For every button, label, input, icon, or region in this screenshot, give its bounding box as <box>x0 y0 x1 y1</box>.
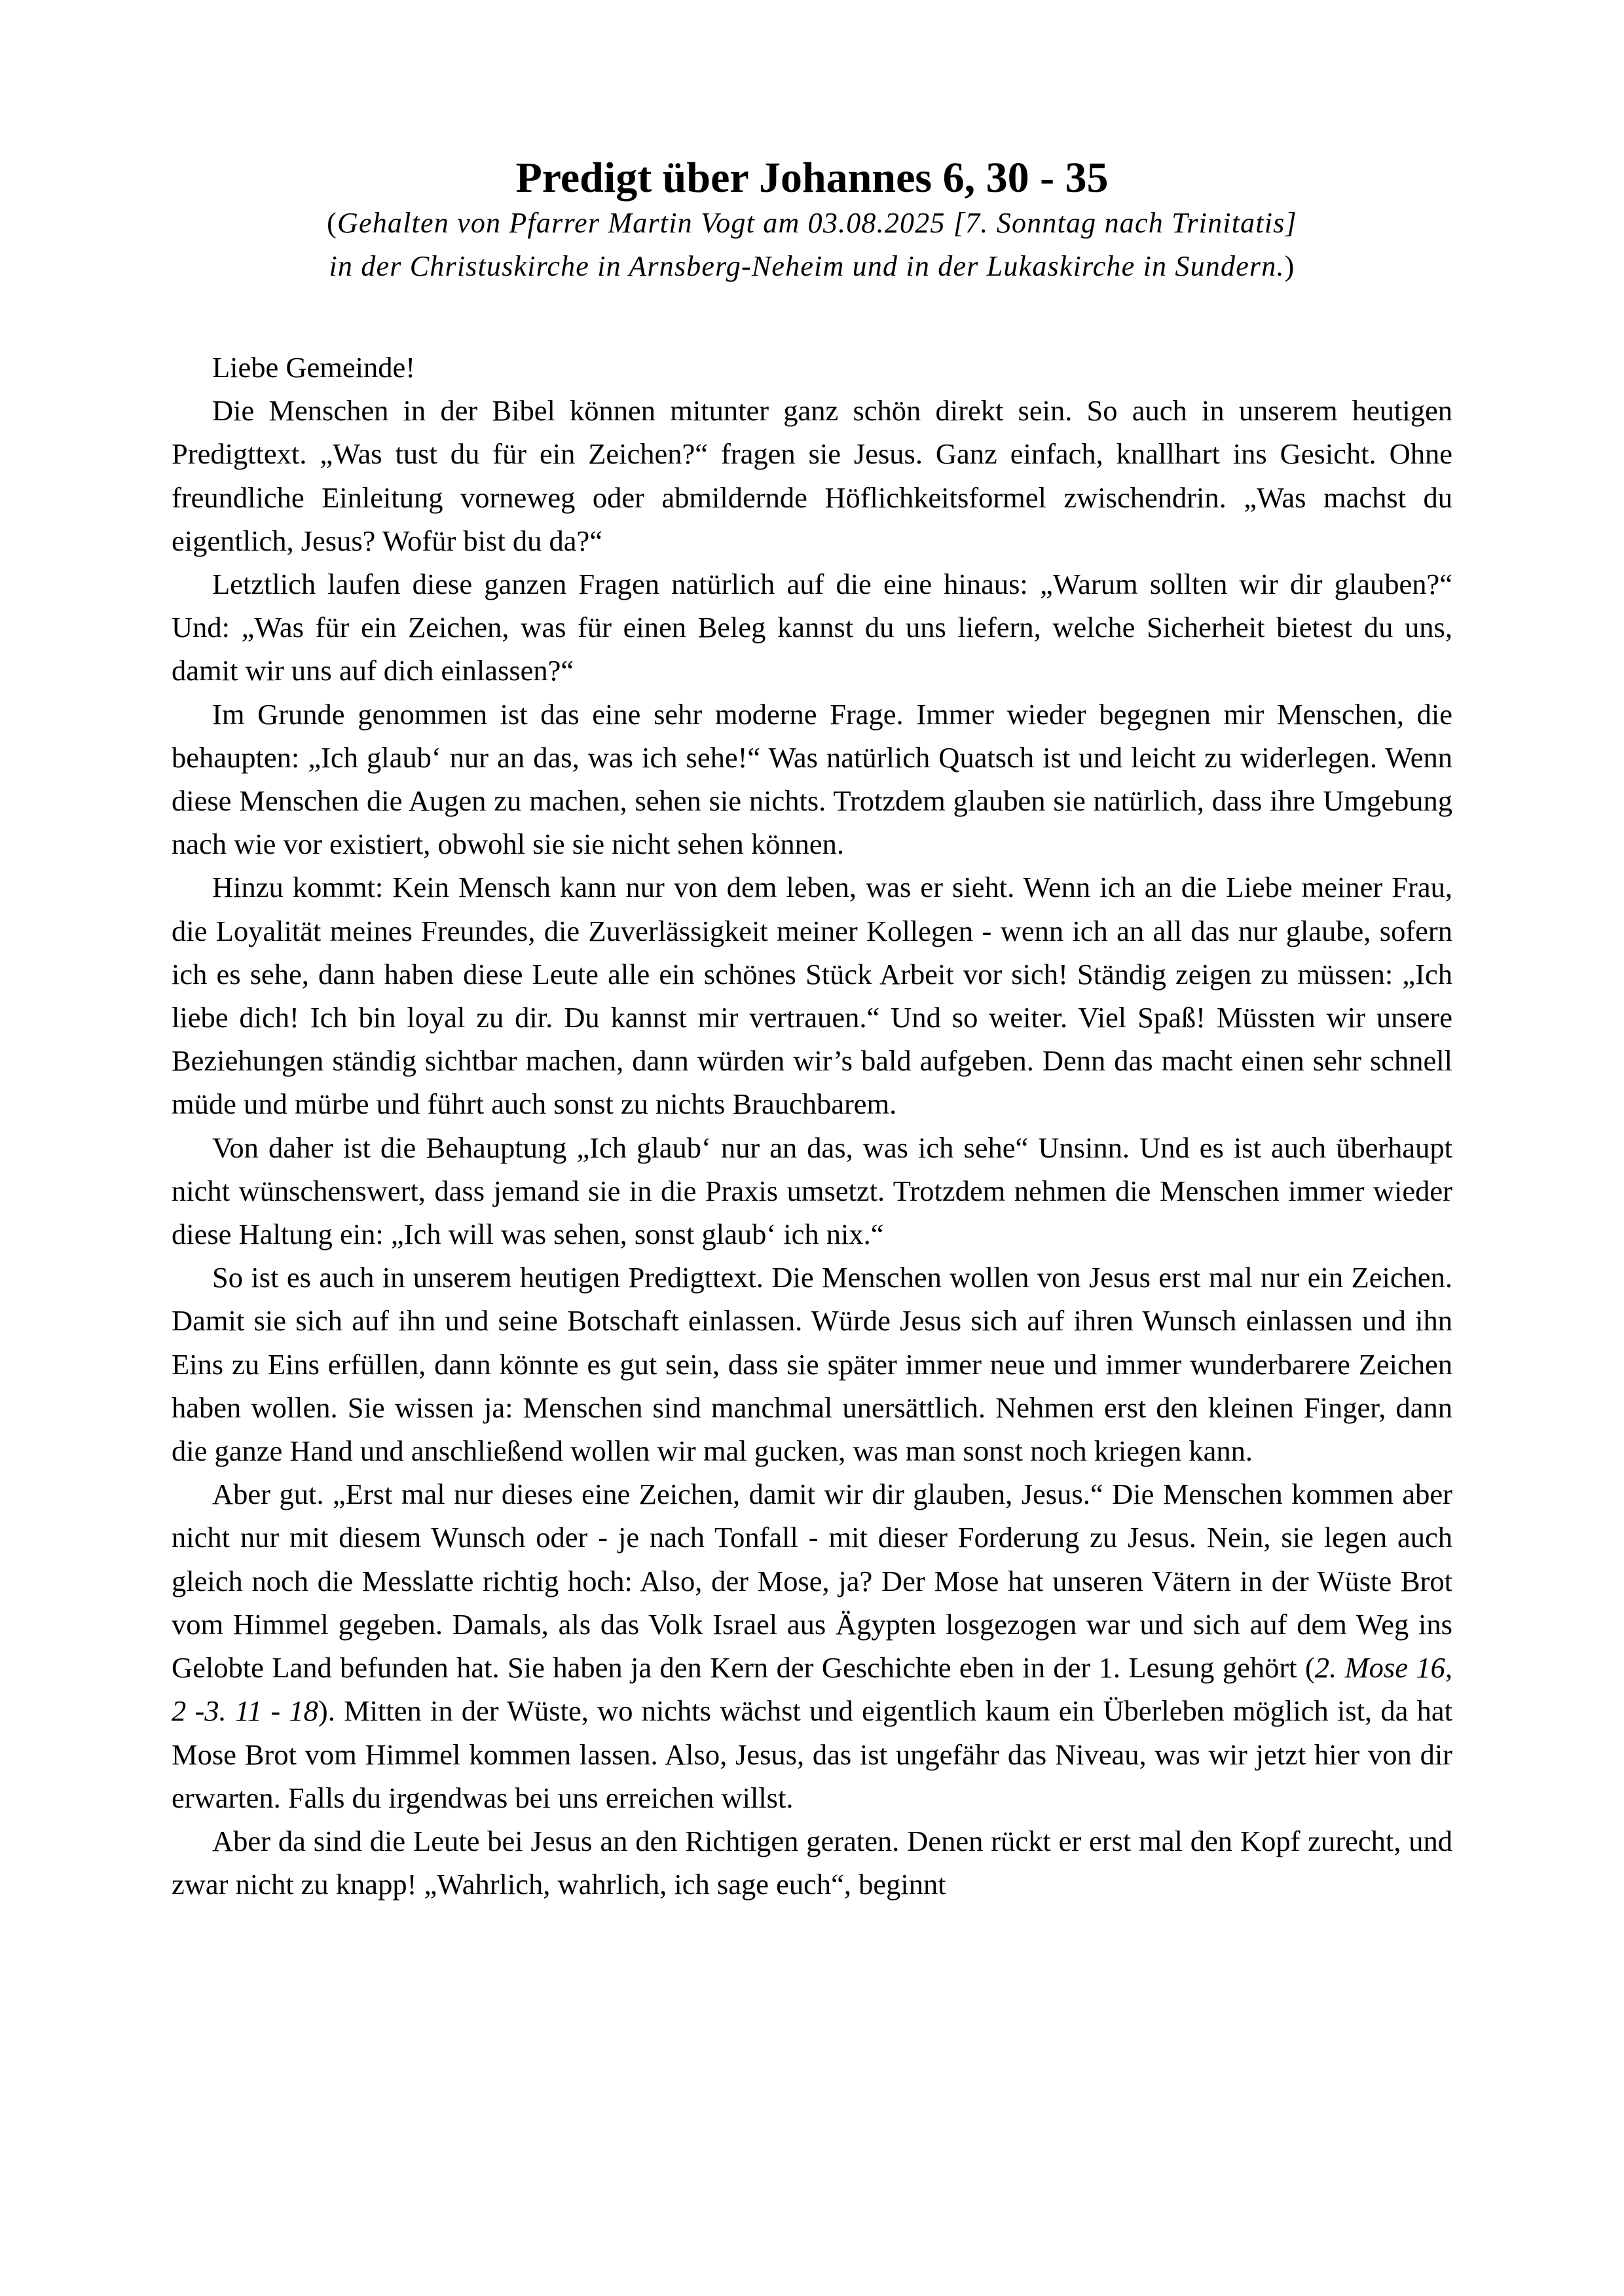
sermon-subtitle: (Gehalten von Pfarrer Martin Vogt am 03.… <box>172 202 1452 288</box>
paragraph: Im Grunde genommen ist das eine sehr mod… <box>172 693 1452 866</box>
paragraph: Letztlich laufen diese ganzen Fragen nat… <box>172 562 1452 693</box>
paragraph: Aber gut. „Erst mal nur dieses eine Zeic… <box>172 1472 1452 1819</box>
paragraph: Die Menschen in der Bibel können mitunte… <box>172 389 1452 562</box>
subtitle-line-1-text: Gehalten von Pfarrer Martin Vogt am 03.0… <box>337 207 1297 239</box>
paragraph-text-after: ). Mitten in der Wüste, wo nichts wächst… <box>172 1694 1452 1813</box>
sermon-title: Predigt über Johannes 6, 30 - 35 <box>172 152 1452 204</box>
subtitle-line-2-text: in der Christuskirche in Arnsberg-Neheim… <box>329 250 1284 282</box>
close-paren: ) <box>1285 250 1295 282</box>
subtitle-line-2: in der Christuskirche in Arnsberg-Neheim… <box>172 245 1452 288</box>
open-paren: ( <box>327 207 337 239</box>
paragraph: Hinzu kommt: Kein Mensch kann nur von de… <box>172 866 1452 1125</box>
subtitle-line-1: (Gehalten von Pfarrer Martin Vogt am 03.… <box>172 202 1452 245</box>
paragraph: So ist es auch in unserem heutigen Predi… <box>172 1256 1452 1472</box>
paragraph: Aber da sind die Leute bei Jesus an den … <box>172 1819 1452 1906</box>
sermon-body: Liebe Gemeinde! Die Menschen in der Bibe… <box>172 346 1452 1906</box>
salutation: Liebe Gemeinde! <box>172 346 1452 389</box>
paragraph-text-before: Aber gut. „Erst mal nur dieses eine Zeic… <box>172 1478 1452 1684</box>
paragraph: Von daher ist die Behauptung „Ich glaub‘… <box>172 1126 1452 1256</box>
